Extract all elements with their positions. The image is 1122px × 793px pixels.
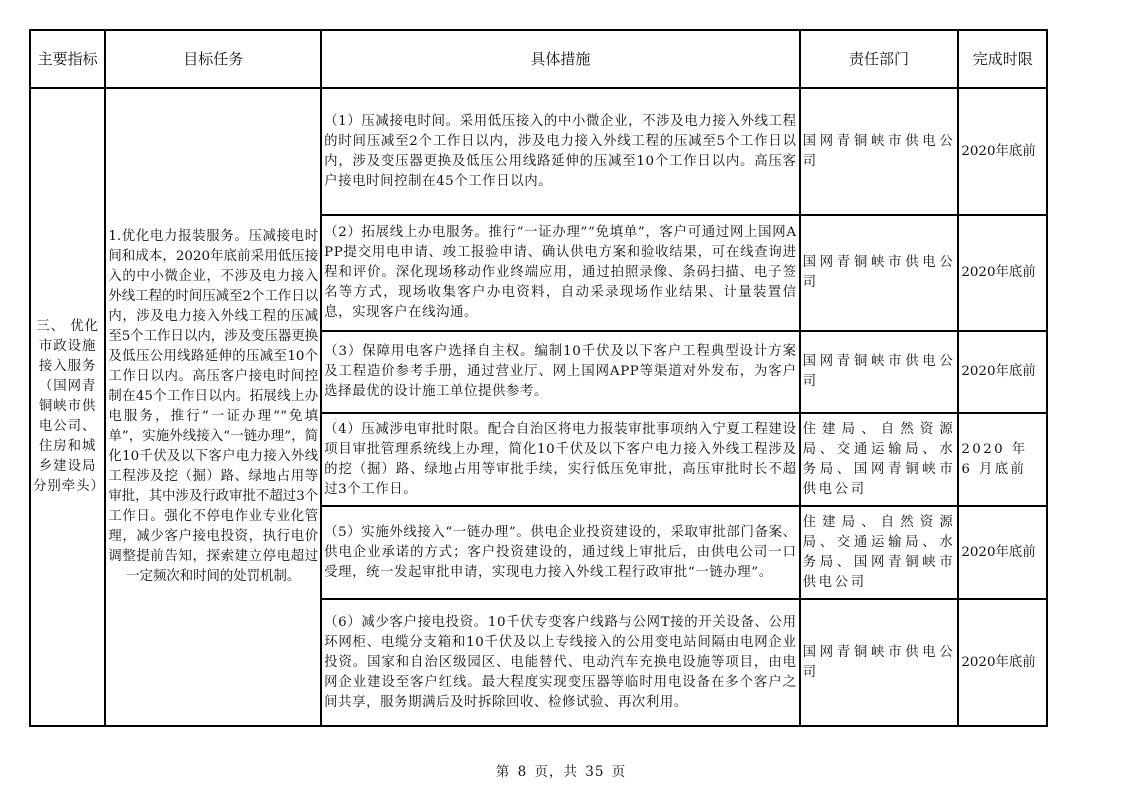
measure-cell: （4）压减涉电审批时限。配合自治区将电力报装审批事项纳入宁夏工程建设项目审批管理…: [321, 413, 799, 506]
deadline-cell: 2020年底前: [958, 506, 1047, 599]
header-measure: 具体措施: [321, 30, 799, 88]
dept-cell: 国网青铜峡市供电公司: [800, 331, 959, 413]
measure-cell: （1）压减接电时间。采用低压接入的中小微企业，不涉及电力接入外线工程的时间压减至…: [321, 88, 799, 215]
deadline-cell: 2020年底前: [958, 88, 1047, 215]
deadline-cell: 2020 年 6 月底前: [958, 413, 1047, 506]
deadline-cell: 2020年底前: [958, 215, 1047, 331]
header-indicator: 主要指标: [30, 30, 105, 88]
header-task: 目标任务: [105, 30, 321, 88]
target-task-cell: 1.优化电力报装服务。压减接电时间和成本，2020年底前采用低压接入的中小微企业…: [105, 88, 321, 726]
dept-cell: 住建局、自然资源局、交通运输局、水务局、国网青铜峡市供电公司: [800, 413, 959, 506]
measure-cell: （3）保障用电客户选择自主权。编制10千伏及以下客户工程典型设计方案及工程造价参…: [321, 331, 799, 413]
dept-cell: 国网青铜峡市供电公司: [800, 215, 959, 331]
page-number: 第 8 页，共 35 页: [0, 760, 1122, 780]
dept-cell: 住建局、自然资源局、交通运输局、水务局、国网青铜峡市供电公司: [800, 506, 959, 599]
measure-cell: （5）实施外线接入“一链办理”。供电企业投资建设的，采取审批部门备案、供电企业承…: [321, 506, 799, 599]
measure-cell: （2）拓展线上办电服务。推行“一证办理”“免填单”，客户可通过网上国网APP提交…: [321, 215, 799, 331]
table-header-row: 主要指标 目标任务 具体措施 责任部门 完成时限: [30, 30, 1047, 88]
dept-cell: 国网青铜峡市供电公司: [800, 599, 959, 726]
indicator-cell: 三、 优化市政设施接入服务（国网青铜峡市供电公司、住房和城乡建设局分别牵头）: [30, 88, 105, 726]
table-row: 三、 优化市政设施接入服务（国网青铜峡市供电公司、住房和城乡建设局分别牵头） 1…: [30, 88, 1047, 215]
deadline-cell: 2020年底前: [958, 331, 1047, 413]
deadline-cell: 2020年底前: [958, 599, 1047, 726]
header-deadline: 完成时限: [958, 30, 1047, 88]
header-dept: 责任部门: [800, 30, 959, 88]
dept-cell: 国网青铜峡市供电公司: [800, 88, 959, 215]
measures-table: 主要指标 目标任务 具体措施 责任部门 完成时限 三、 优化市政设施接入服务（国…: [29, 29, 1048, 727]
measure-cell: （6）减少客户接电投资。10千伏专变客户线路与公网T接的开关设备、公用环网柜、电…: [321, 599, 799, 726]
